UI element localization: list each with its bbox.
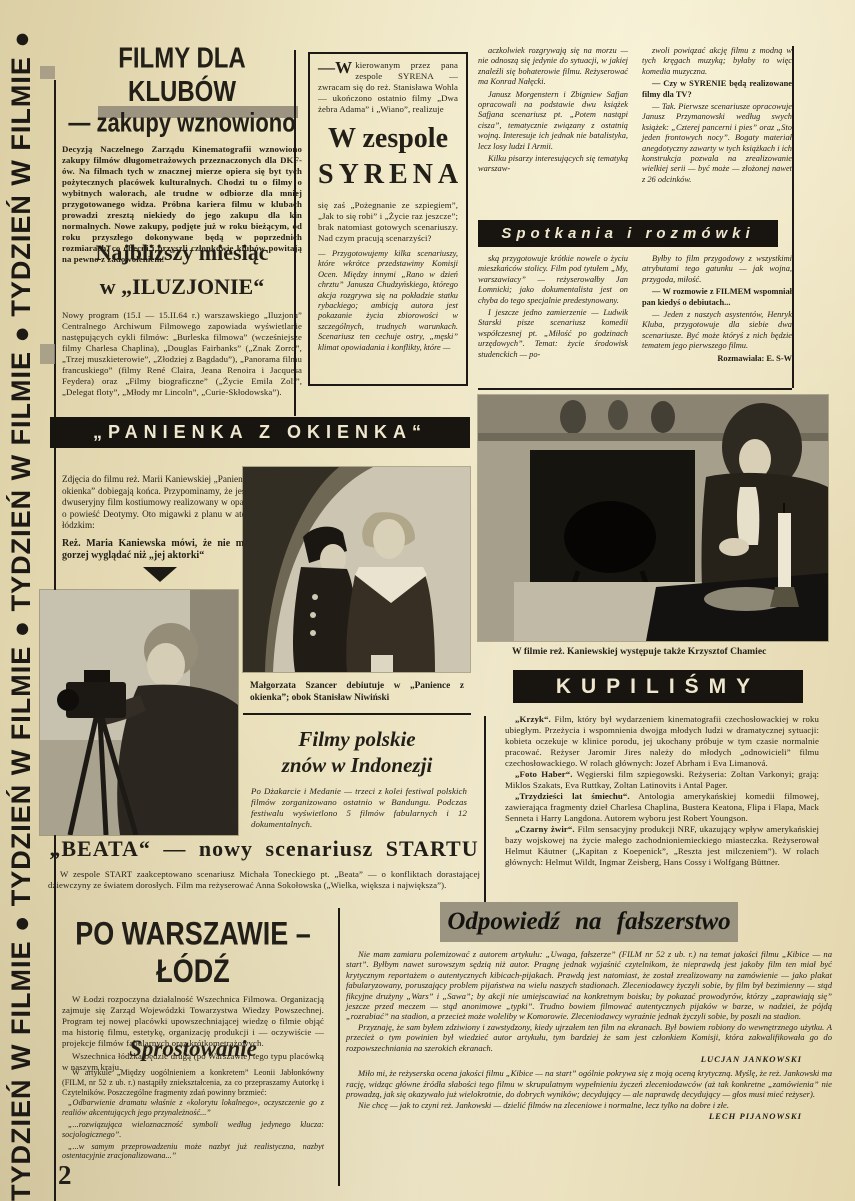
odpowiedz-title-box: Odpowiedź na fałszerstwo <box>440 902 738 942</box>
interview-paragraph: Byłby to film przygodowy z wszystkimi at… <box>642 254 792 285</box>
filmy-dla-klubow-subtitle: — zakupy wznowiono <box>62 110 302 136</box>
spotkania-banner: Spotkania i rozmówki <box>478 220 778 247</box>
beata-title: „BEATA“ — nowy scenariusz STARTU <box>48 836 480 862</box>
interview-paragraph: ską przygotowuje krótkie nowele o życiu … <box>478 254 628 306</box>
odpowiedz-signature: LECH PIJANOWSKI <box>346 1111 802 1121</box>
syrena-intro: —Wkierowanym przez pana zespole SYRENA —… <box>318 60 458 115</box>
syrena-title-line1: W zespole <box>318 123 458 155</box>
article-odpowiedz: Odpowiedź na fałszerstwo Nie mam zamiaru… <box>346 902 832 1122</box>
iluzjon-title-line2: w „ILUZJONIE“ <box>62 274 302 300</box>
article-iluzjon: Najbliższy miesiąc w „ILUZJONIE“ Nowy pr… <box>62 240 302 398</box>
iluzjon-title-line1: Najbliższy miesiąc <box>62 240 302 266</box>
sprostowanie-quote: „...rozwiązująca wieloznaczność symboli … <box>62 1120 324 1140</box>
page-number: 2 <box>58 1160 72 1191</box>
photo-chamiec-art <box>478 395 828 641</box>
odpowiedz-signature: LUCJAN JANKOWSKI <box>346 1054 802 1064</box>
odpowiedz-paragraph: Miło mi, że reżyserska ocena jakości fil… <box>346 1068 832 1099</box>
odpowiedz-paragraph: Nie chcę — jak to czyni reż. Jankowski —… <box>346 1100 832 1110</box>
panienka-banner-label: „PANIENKA Z OKIENKA“ <box>93 422 427 443</box>
sprostowanie-quote: „...w samym przeprowadzeniu może nazbyt … <box>62 1142 324 1162</box>
article-beata: „BEATA“ — nowy scenariusz STARTU W zespo… <box>48 836 480 891</box>
photo-maria-kaniewska-at-camera <box>40 590 238 835</box>
sprostowanie-intro: W artykule „Między uogólnieniem a konkre… <box>62 1068 324 1097</box>
article-filmy-dla-klubow: FILMY DLA KLUBÓW — zakupy wznowiono Decy… <box>62 48 302 265</box>
interview-paragraph: Kilku pisarzy interesujących się tematyk… <box>478 154 628 175</box>
interview-paragraph: Janusz Morgenstern i Zbigniew Safjan opr… <box>478 90 628 152</box>
article-syrena-box: —Wkierowanym przez pana zespole SYRENA —… <box>308 52 468 386</box>
odpowiedz-title: Odpowiedź na fałszerstwo <box>447 908 730 936</box>
article-sprostowanie: Sprostowanie W artykule „Między uogólnie… <box>62 1036 324 1161</box>
column-rule <box>294 50 296 416</box>
magazine-page: TYDZIEŃ W FILMIE ● TYDZIEŃ W FILMIE ● TY… <box>0 0 855 1201</box>
indonezja-body: Po Dżakarcie i Medanie — trzeci z kolei … <box>251 786 467 830</box>
panienka-intro: Zdjęcia do filmu reż. Marii Kaniewskiej … <box>62 474 258 582</box>
column-rule <box>484 716 486 902</box>
interview-paragraph: aczkolwiek rozgrywają się na morzu — nie… <box>478 46 628 88</box>
photo-krzysztof-chamiec <box>478 395 828 641</box>
print-artifact-mark <box>40 66 55 79</box>
panienka-body: Zdjęcia do filmu reż. Marii Kaniewskiej … <box>62 474 258 532</box>
column-rule <box>338 908 340 1186</box>
iluzjon-body: Nowy program (15.I — 15.II.64 r.) warsza… <box>62 310 302 398</box>
filmy-dla-klubow-title: FILMY DLA KLUBÓW <box>62 48 302 104</box>
kupilismy-item: „Trzydzieści lat śmiechu“. Antologia ame… <box>505 791 819 824</box>
odpowiedz-paragraph: Przyznaję, że sam byłem zdziwiony i zaws… <box>346 1022 832 1053</box>
indonezja-title-line1: Filmy polskie <box>243 727 471 752</box>
photo-szancer-niwinski <box>243 467 470 672</box>
interview-paragraph: I jeszcze jedno zamierzenie — Ludwik Sta… <box>478 308 628 360</box>
interview-question: — W rozmowie z FILMEM wspomniał pan kied… <box>642 287 792 308</box>
section-rule <box>243 713 471 715</box>
interview-question: — Czy w SYRENIE będą realizowane filmy d… <box>642 79 792 100</box>
column-rule <box>792 46 794 388</box>
caption-szancer: Małgorzata Szancer debiutuje w „Panience… <box>250 680 464 704</box>
article-indonezja: Filmy polskie znów w Indonezji Po Dżakar… <box>243 727 471 830</box>
syrena-drop-initial: —W <box>318 60 352 75</box>
kupilismy-item: „Czarny żwir“. Film sensacyjny produkcji… <box>505 824 819 868</box>
sprostowanie-title: Sprostowanie <box>62 1036 324 1062</box>
interview-columns-bottom: ską przygotowuje krótkie nowele o życiu … <box>478 254 792 366</box>
interview-paragraph: — Jeden z naszych asystentów, Henryk Klu… <box>642 310 792 352</box>
photo-kaniewska-art <box>40 590 238 835</box>
odpowiedz-paragraph: Nie mam zamiaru polemizować z autorem ar… <box>346 949 832 1022</box>
kupilismy-banner-label: KUPILIŚMY <box>556 675 760 699</box>
kupilismy-item: „Foto Haber“. Węgierski film szpiegowski… <box>505 769 819 791</box>
down-arrow-icon <box>143 567 177 582</box>
kupilismy-banner: KUPILIŚMY <box>513 670 803 703</box>
kupilismy-body: „Krzyk“. Film, który był wydarzeniem kin… <box>505 714 819 868</box>
kupilismy-item: „Krzyk“. Film, który był wydarzeniem kin… <box>505 714 819 769</box>
interview-paragraph: zwoli powiązać akcję filmu z modną w tyc… <box>642 46 792 77</box>
photo-szancer-art <box>243 467 470 672</box>
interview-columns-top: aczkolwiek rozgrywają się na morzu — nie… <box>478 46 792 187</box>
syrena-answer: — Przygotowujemy kilka scenariuszy, któr… <box>318 249 458 353</box>
sprostowanie-quote: „Odbarwienie dramatu właśnie z «kolorytu… <box>62 1098 324 1118</box>
sidebar-masthead-text: TYDZIEŃ W FILMIE ● TYDZIEŃ W FILMIE ● TY… <box>6 0 37 1201</box>
section-rule <box>478 388 792 390</box>
print-artifact-mark <box>40 344 55 364</box>
beata-body: W zespole START zaakceptowano scenariusz… <box>48 869 480 891</box>
panienka-banner: „PANIENKA Z OKIENKA“ <box>50 417 470 448</box>
indonezja-title-line2: znów w Indonezji <box>243 753 471 778</box>
po-warszawie-title: PO WARSZAWIE – ŁÓDŹ <box>62 922 324 984</box>
caption-chamiec: W filmie reż. Kaniewskiej występuje takż… <box>512 646 828 657</box>
panienka-note: Reż. Maria Kaniewska mówi, że nie może g… <box>62 538 258 562</box>
interview-paragraph: — Tak. Pierwsze scenariusze opracowuje J… <box>642 102 792 185</box>
syrena-body: się zaś „Pożegnanie ze szpiegiem”, „Jak … <box>318 200 458 244</box>
syrena-title-line2: SYRENA <box>318 159 458 191</box>
interview-signature: Rozmawiała: E. S-W <box>642 354 792 364</box>
spotkania-banner-label: Spotkania i rozmówki <box>501 225 754 242</box>
